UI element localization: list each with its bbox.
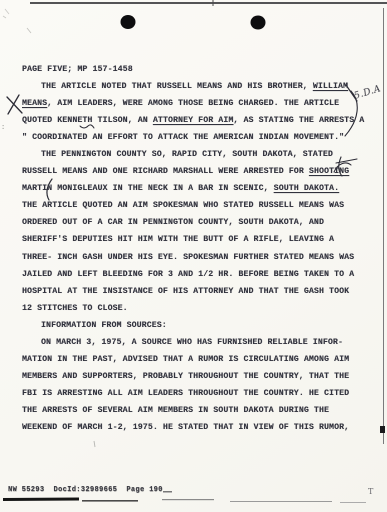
typed-text: JAILED AND LEFT BLEEDING FOR 3 AND 1/2 H… [22, 270, 354, 279]
paper-speck-1 [27, 28, 31, 33]
document-line: MARTIN MONIGLEAUX IN THE NECK IN A BAR I… [22, 180, 372, 197]
typed-text: THREE- INCH GASH UNDER HIS EYE. SPOKESMA… [22, 253, 354, 262]
hole-punch-left-icon [121, 15, 136, 29]
typed-text: " COORDINATED AN EFFORT TO ATTACK THE AM… [22, 133, 344, 142]
underlined-text: SHOOTING [309, 167, 349, 176]
document-line: SHERIFF'S DEPUTIES HIT HIM WITH THE BUTT… [22, 231, 372, 248]
hole-punch-right-icon [251, 16, 266, 30]
footer-stamp: NW 55293 DocId:32989665 Page 190 [8, 486, 163, 494]
footer-corner-mark: T [368, 487, 373, 496]
document-line: JAILED AND LEFT BLEEDING FOR 3 AND 1/2 H… [22, 266, 372, 283]
left-margin-artifact: : [1, 124, 5, 132]
document-line: THE ARTICLE NOTED THAT RUSSELL MEANS AND… [22, 78, 372, 95]
document-line: THREE- INCH GASH UNDER HIS EYE. SPOKESMA… [22, 249, 372, 266]
document-line: THE ARRESTS OF SEVERAL AIM MEMBERS IN SO… [22, 402, 372, 419]
document-page: PAGE FIVE; MP 157-1458THE ARTICLE NOTED … [0, 0, 387, 512]
underlined-text: ATTORNEY FOR AIM [153, 116, 234, 125]
document-line: HOSPITAL AT THE INSISTANCE OF HIS ATTORN… [22, 283, 372, 300]
typed-text: HOSPITAL AT THE INSISTANCE OF HIS ATTORN… [22, 287, 349, 296]
document-line: 12 STITCHES TO CLOSE. [22, 300, 372, 317]
document-line: MEANS, AIM LEADERS, WERE AMONG THOSE BEI… [22, 95, 372, 112]
underlined-text: WILLIAM [313, 82, 348, 91]
typed-text: PAGE FIVE; MP 157-1458 [22, 65, 133, 74]
paper-speck-2 [3, 9, 9, 18]
typed-text: RUSSELL MEANS AND ONE RICHARD MARSHALL W… [22, 167, 309, 176]
typed-text: THE PENNINGTON COUNTY SO, RAPID CITY, SO… [41, 150, 333, 159]
footer-smudge-3 [163, 491, 172, 493]
document-line: PAGE FIVE; MP 157-1458 [22, 61, 372, 78]
typed-text: THE ARTICLE QUOTED AN AIM SPOKESMAN WHO … [22, 201, 344, 210]
footer-smudge-5 [230, 501, 332, 502]
typed-text: ORDERED OUT OF A CAR IN PENNINGTON COUNT… [22, 218, 324, 227]
right-edge-blob [380, 426, 385, 433]
document-line: ORDERED OUT OF A CAR IN PENNINGTON COUNT… [22, 214, 372, 231]
typed-text: , AS STATING THE ARRESTS A [233, 116, 364, 125]
typed-text: , AIM LEADERS, WERE AMONG THOSE BEING CH… [47, 99, 339, 108]
typed-text: MARTIN MONIGLEAUX IN THE NECK IN A BAR I… [22, 184, 274, 193]
underlined-text: MEANS [22, 99, 47, 108]
document-line: RUSSELL MEANS AND ONE RICHARD MARSHALL W… [22, 163, 372, 180]
typed-text: MEMBERS AND SUPPORTERS, PROBABLY THROUGH… [22, 372, 349, 381]
document-body: PAGE FIVE; MP 157-1458THE ARTICLE NOTED … [22, 61, 372, 436]
document-line: " COORDINATED AN EFFORT TO ATTACK THE AM… [22, 129, 372, 146]
typed-text: 12 STITCHES TO CLOSE. [22, 304, 128, 313]
typed-text: THE ARRESTS OF SEVERAL AIM MEMBERS IN SO… [22, 406, 329, 415]
paper-speck-3 [94, 441, 95, 447]
typed-text: MATION IN THE PAST, ADVISED THAT A RUMOR… [22, 355, 349, 364]
typed-text: SHERIFF'S DEPUTIES HIT HIM WITH THE BUTT… [22, 235, 334, 244]
typed-text: INFORMATION FROM SOURCES: [41, 321, 167, 330]
footer-smudge-6 [340, 502, 366, 503]
document-line: WEEKEND OF MARCH 1-2, 1975. HE STATED TH… [22, 419, 372, 436]
document-line: MEMBERS AND SUPPORTERS, PROBABLY THROUGH… [22, 368, 372, 385]
document-line: ON MARCH 3, 1975, A SOURCE WHO HAS FURNI… [22, 334, 372, 351]
footer-smudge-4 [162, 499, 214, 500]
document-line: QUOTED KENNETH TILSON, AN ATTORNEY FOR A… [22, 112, 372, 129]
typed-text: QUOTED KENNETH TILSON, AN [22, 116, 153, 125]
underlined-text: SOUTH DAKOTA. [274, 184, 339, 193]
document-line: INFORMATION FROM SOURCES: [22, 317, 372, 334]
footer-smudge-1 [3, 497, 79, 501]
typed-text: ON MARCH 3, 1975, A SOURCE WHO HAS FURNI… [41, 338, 343, 347]
footer-smudge-2 [82, 500, 138, 502]
document-line: MATION IN THE PAST, ADVISED THAT A RUMOR… [22, 351, 372, 368]
typed-text: THE ARTICLE NOTED THAT RUSSELL MEANS AND… [41, 82, 313, 91]
document-line: THE ARTICLE QUOTED AN AIM SPOKESMAN WHO … [22, 197, 372, 214]
handwritten-x-mark-means [7, 95, 22, 114]
typed-text: FBI IS ARRESTING ALL AIM LEADERS THROUGH… [22, 389, 349, 398]
document-line: THE PENNINGTON COUNTY SO, RAPID CITY, SO… [22, 146, 372, 163]
document-line: FBI IS ARRESTING ALL AIM LEADERS THROUGH… [22, 385, 372, 402]
typed-text: WEEKEND OF MARCH 1-2, 1975. HE STATED TH… [22, 423, 349, 432]
